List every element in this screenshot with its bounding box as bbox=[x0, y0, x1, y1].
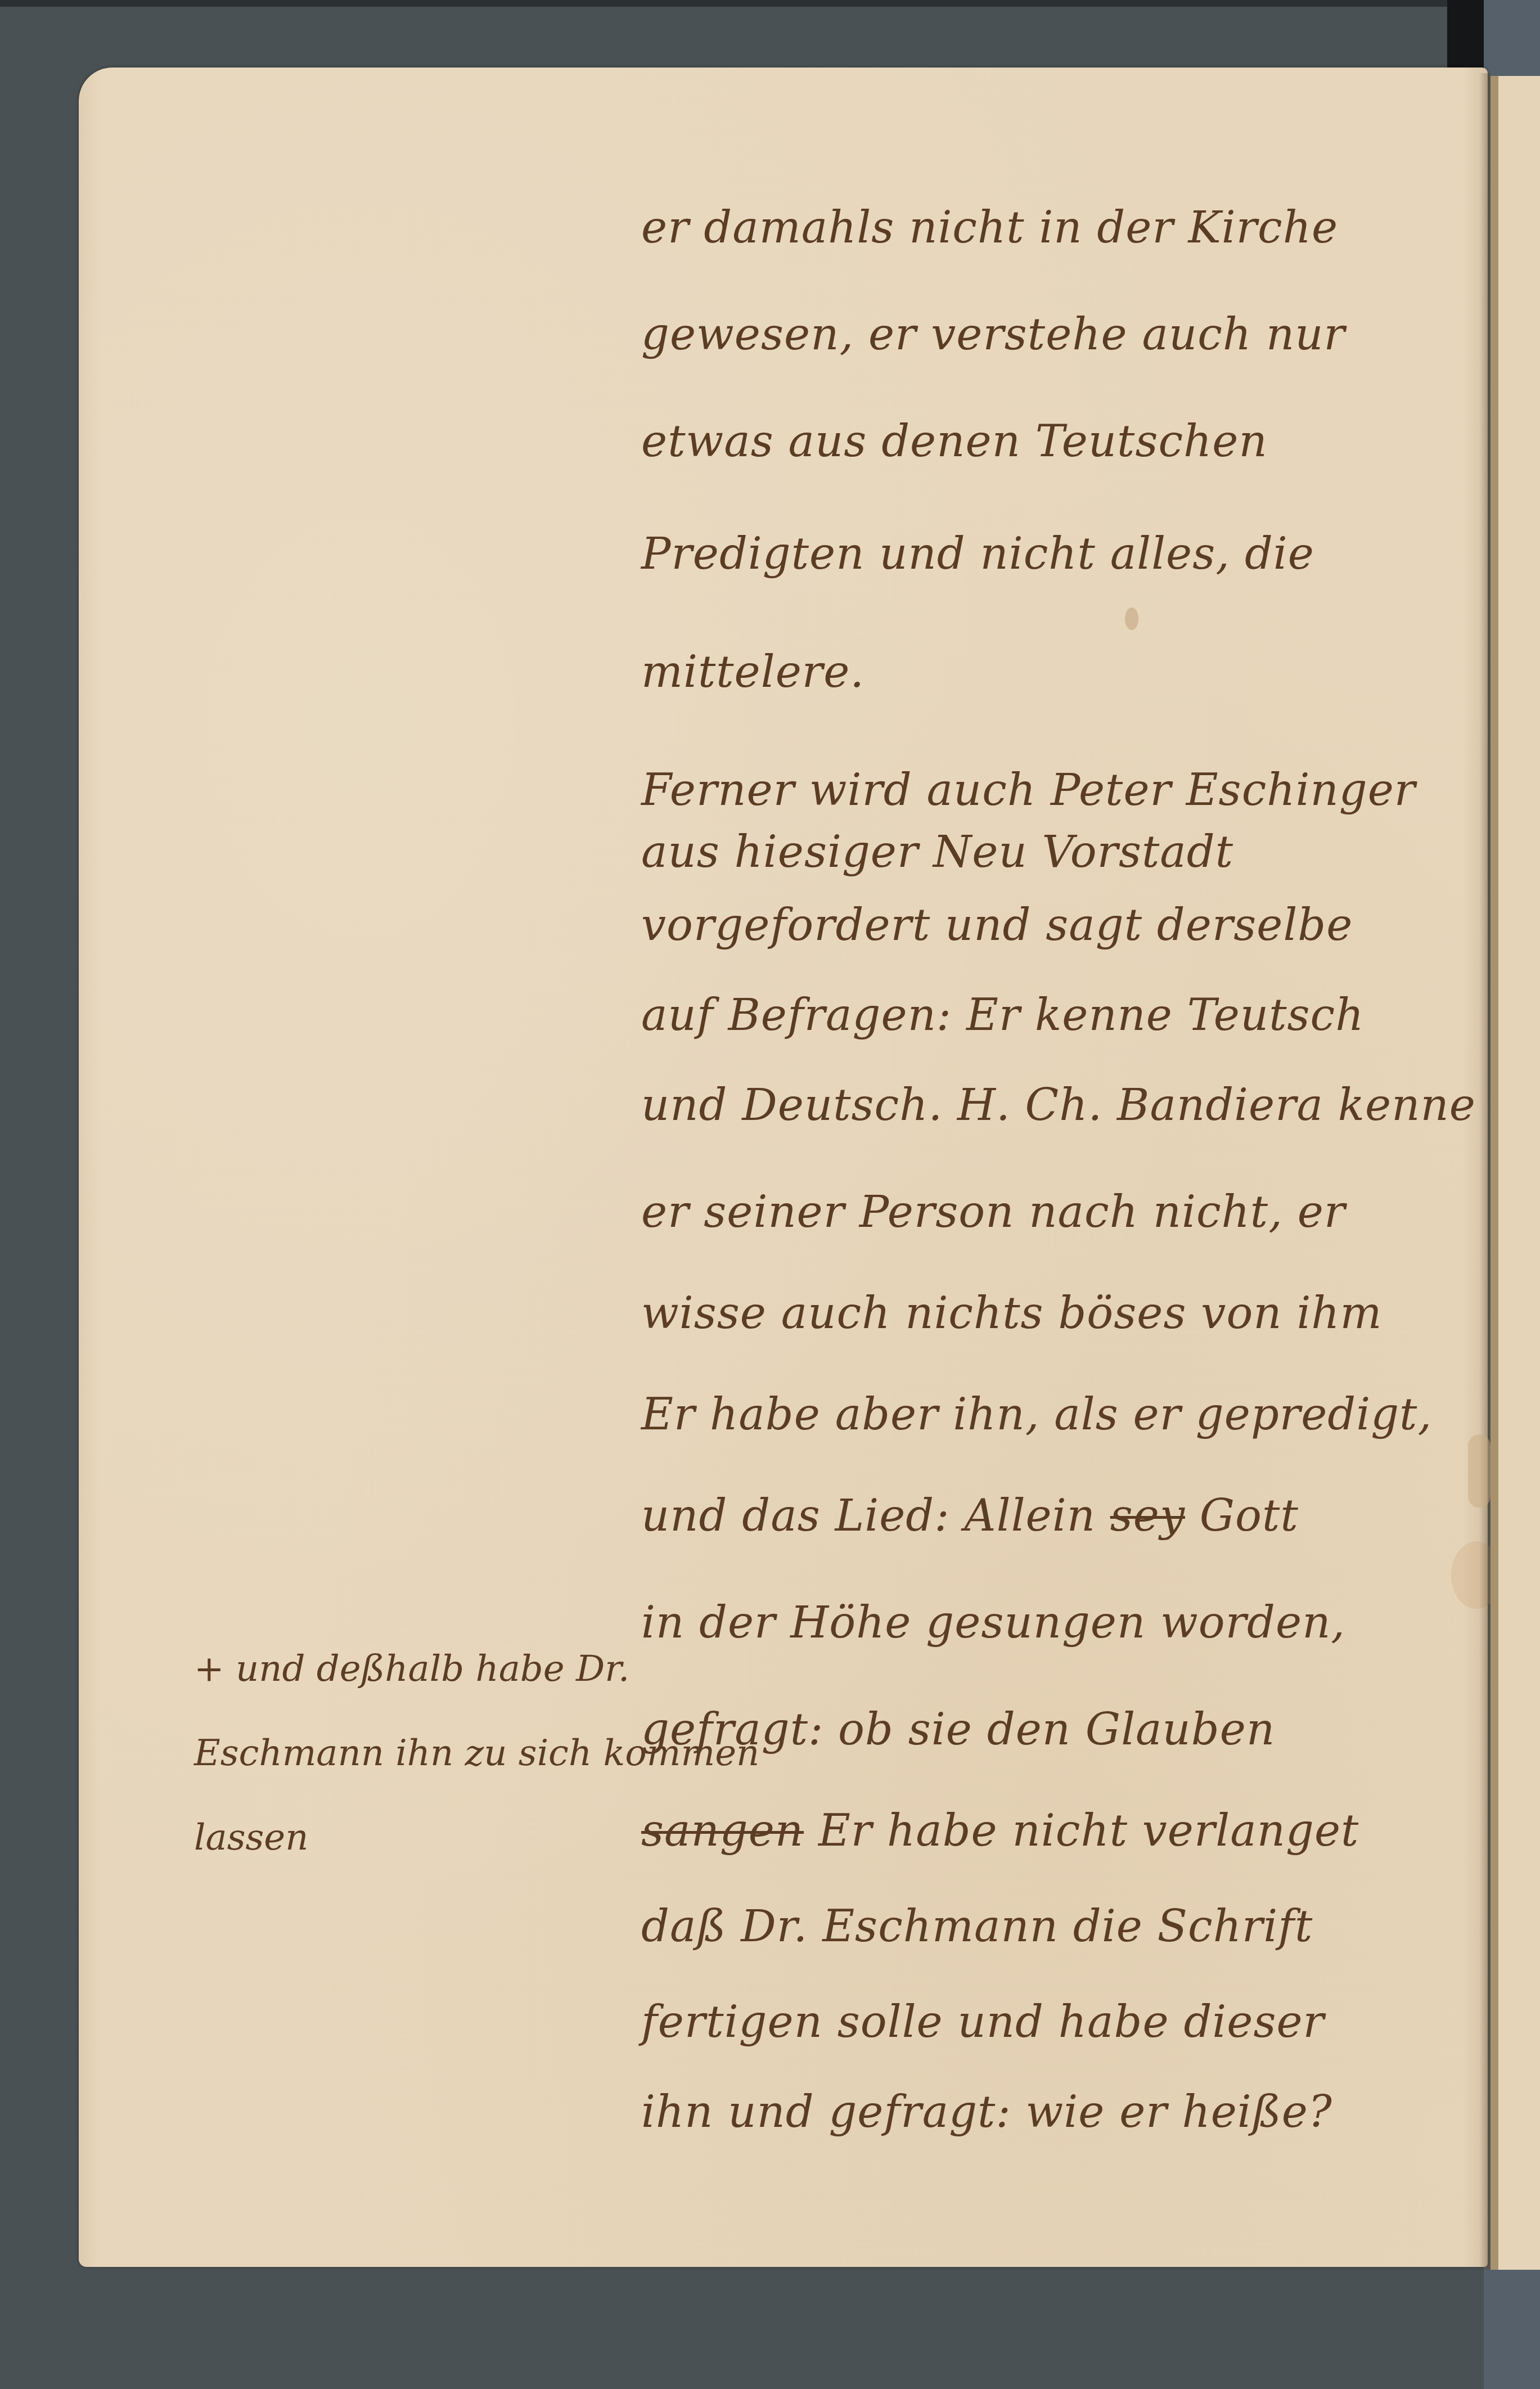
text-line: und Deutsch. H. Ch. Bandiera kenne bbox=[641, 1080, 1476, 1131]
binding-gap bbox=[1447, 0, 1484, 76]
struck-word: sangen bbox=[641, 1806, 804, 1856]
text-line: Ferner wird auch Peter Eschinger bbox=[641, 765, 1416, 816]
text-line: auf Befragen: Er kenne Teutsch bbox=[641, 990, 1364, 1041]
text-line: gewesen, er verstehe auch nur bbox=[641, 309, 1345, 360]
text-line: etwas aus denen Teutschen bbox=[641, 416, 1268, 467]
text-line: in der Höhe gesungen worden, bbox=[641, 1598, 1345, 1648]
margin-line: + und deßhalb habe Dr. bbox=[194, 1648, 629, 1690]
text-line: Predigten und nicht alles, die bbox=[641, 529, 1314, 579]
text-line: aus hiesiger Neu Vorstadt bbox=[641, 827, 1233, 878]
text-line: und das Lied: Allein sey Gott bbox=[641, 1491, 1299, 1541]
facing-page-edge bbox=[1491, 76, 1540, 2270]
gutter-shadow bbox=[1479, 73, 1491, 2270]
margin-line: Eschmann ihn zu sich kommen bbox=[194, 1733, 759, 1774]
margin-line: lassen bbox=[194, 1817, 308, 1859]
text-line: fertigen solle und habe dieser bbox=[641, 1997, 1325, 2048]
text-line: daß Dr. Eschmann die Schrift bbox=[641, 1901, 1313, 1952]
struck-word: sey bbox=[1110, 1491, 1185, 1541]
text-line: sangen Er habe nicht verlanget bbox=[641, 1806, 1359, 1856]
text-line: Er habe aber ihn, als er gepredigt, bbox=[641, 1389, 1432, 1440]
text-line: er seiner Person nach nicht, er bbox=[641, 1187, 1345, 1238]
text-line: wisse auch nichts böses von ihm bbox=[641, 1288, 1383, 1339]
text-fragment: Gott bbox=[1200, 1491, 1299, 1541]
text-line: vorgefordert und sagt derselbe bbox=[641, 900, 1353, 951]
text-fragment: und das Lied: Allein bbox=[641, 1491, 1096, 1541]
text-line: ihn und gefragt: wie er heiße? bbox=[641, 2087, 1332, 2138]
mount-board-top bbox=[0, 0, 1540, 7]
ink-spot bbox=[1125, 608, 1138, 630]
text-line: er damahls nicht in der Kirche bbox=[641, 203, 1338, 253]
fold-mark bbox=[1468, 1434, 1491, 1508]
text-line: mittelere. bbox=[641, 647, 864, 698]
text-fragment: Er habe nicht verlanget bbox=[818, 1806, 1359, 1856]
